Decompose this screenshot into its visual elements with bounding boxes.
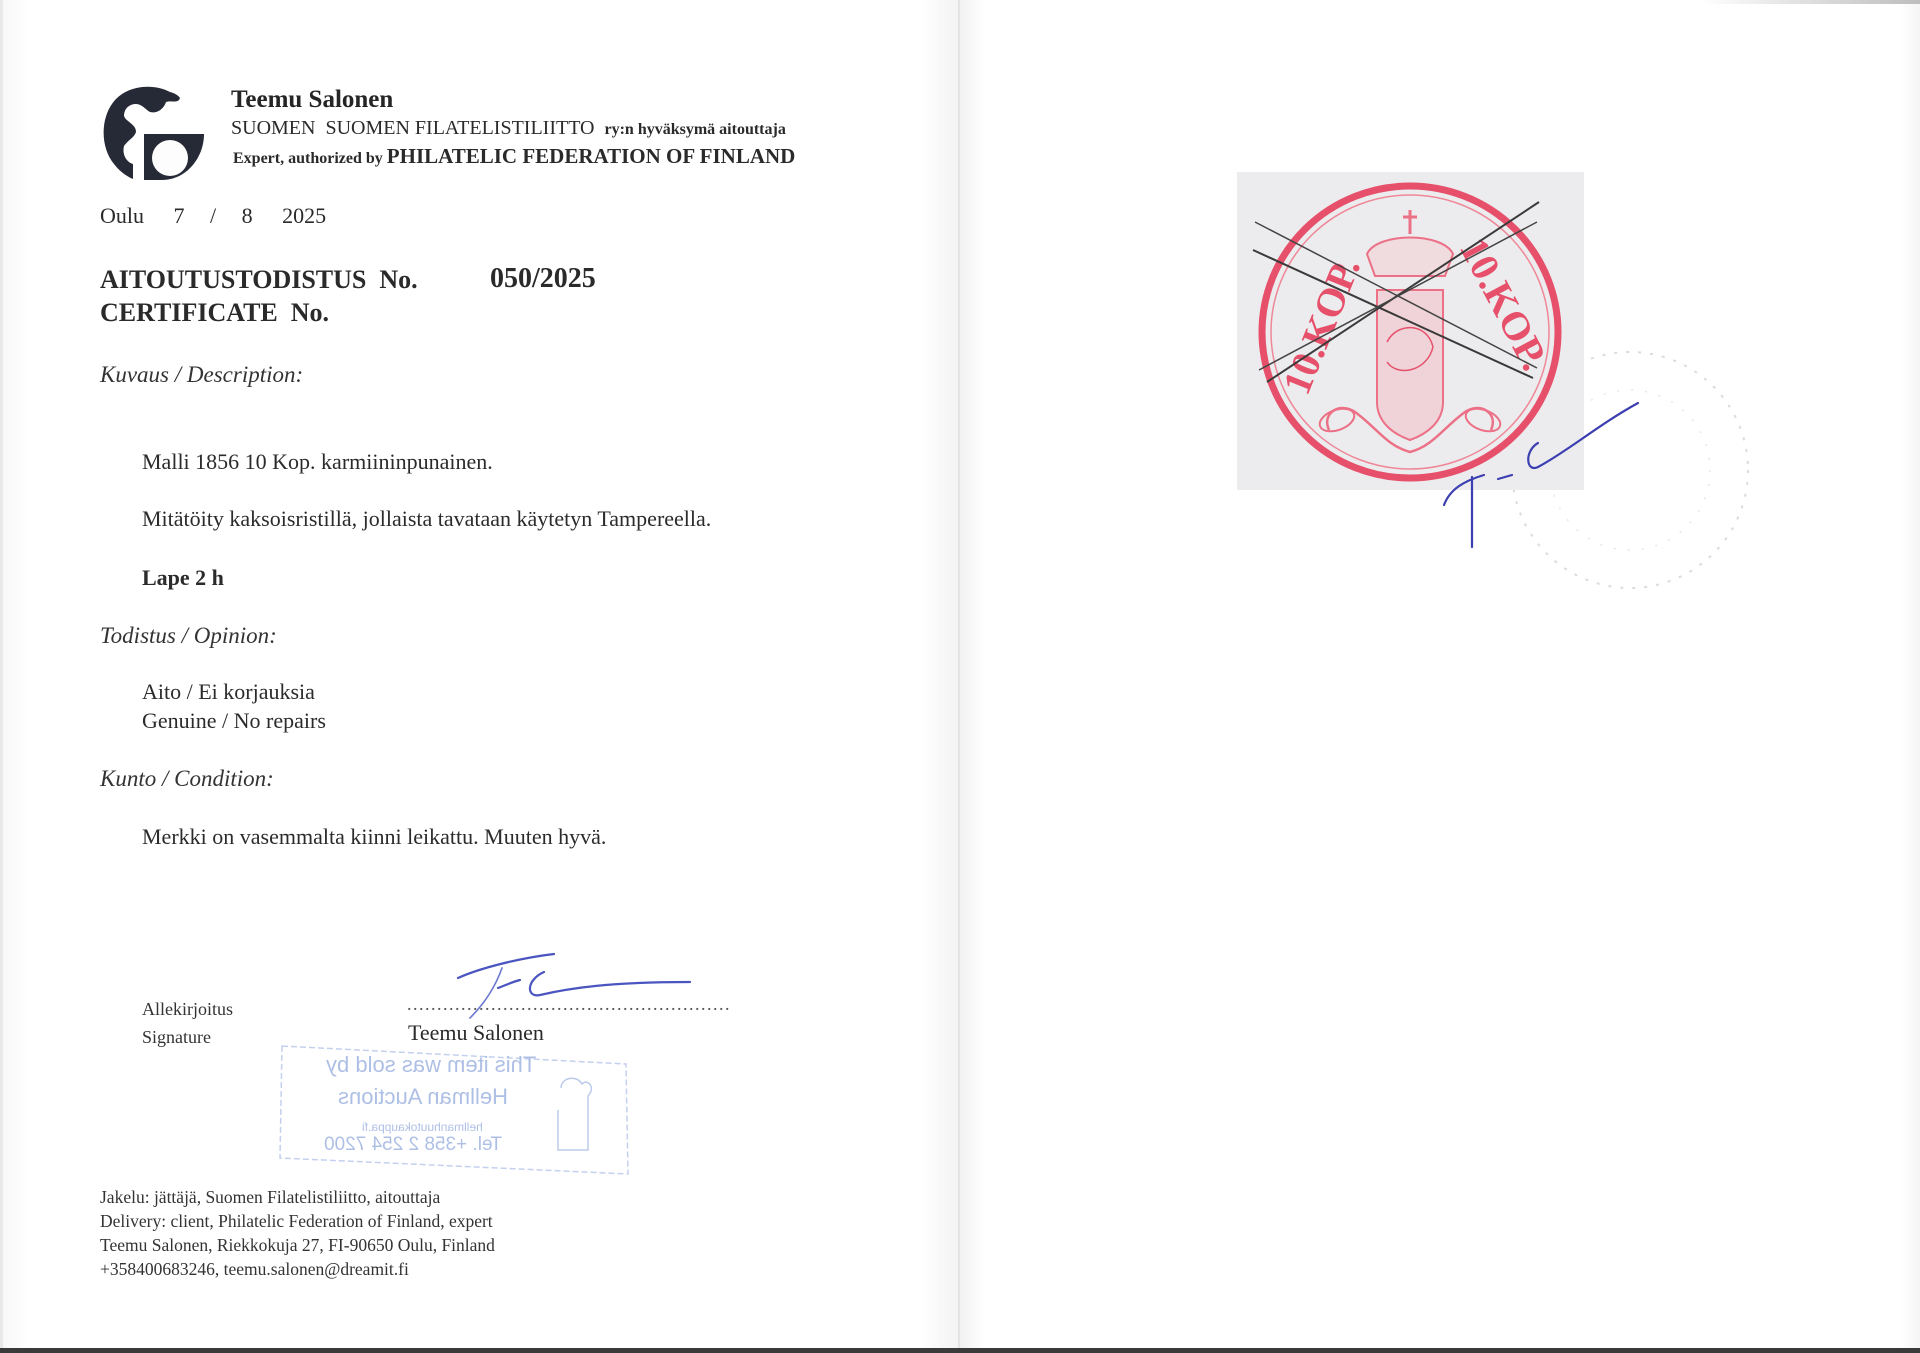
footer-line-2: Delivery: client, Philatelic Federation …	[100, 1211, 493, 1232]
philatelic-federation-logo-icon	[100, 82, 206, 182]
authorized-by-label: Expert, authorized by	[233, 150, 383, 167]
federation-name-fi: SUOMEN SUOMEN FILATELISTILIITTO	[231, 117, 595, 139]
seller-stamp-line-3: hellmanhuutokauppa.fi	[362, 1120, 483, 1134]
opinion-line-2: Genuine / No repairs	[142, 708, 326, 734]
scan-bottom-edge	[0, 1348, 1920, 1353]
signature-label-fi: Allekirjoitus	[142, 999, 233, 1020]
seller-stamp-line-2: Hellman Auctions	[338, 1084, 508, 1110]
seller-stamp: This item was sold by Hellman Auctions h…	[276, 1040, 634, 1180]
signature-label-en: Signature	[142, 1027, 211, 1048]
date-day: 7	[174, 203, 185, 228]
opinion-line-1: Aito / Ei korjauksia	[142, 679, 315, 705]
certificate-label-en: CERTIFICATE No.	[100, 298, 329, 328]
certificate-number: 050/2025	[490, 263, 596, 295]
footer-line-3: Teemu Salonen, Riekkokuja 27, FI-90650 O…	[100, 1235, 495, 1256]
description-line-1: Malli 1856 10 Kop. karmiininpunainen.	[142, 449, 493, 475]
federation-approval-fi: ry:n hyväksymä aitouttaja	[605, 121, 786, 138]
page-edge-shadow	[1700, 0, 1920, 4]
federation-name-en: PHILATELIC FEDERATION OF FINLAND	[387, 144, 796, 168]
stamp-value-right: 10.KOP.	[1451, 230, 1558, 377]
condition-line-1: Merkki on vasemmalta kiinni leikattu. Mu…	[142, 824, 606, 850]
date-separator: /	[210, 203, 216, 228]
issue-date: Oulu 7 / 8 2025	[100, 203, 326, 229]
federation-line-en: Expert, authorized byPHILATELIC FEDERATI…	[233, 144, 795, 169]
description-heading: Kuvaus / Description:	[100, 362, 303, 388]
condition-heading: Kunto / Condition:	[100, 766, 274, 792]
federation-line-fi: SUOMEN SUOMEN FILATELISTILIITTOry:n hyvä…	[231, 117, 786, 140]
certificate-label-fi: AITOUTUSTODISTUS No.	[100, 265, 418, 295]
date-year: 2025	[282, 203, 326, 228]
footer-line-1: Jakelu: jättäjä, Suomen Filatelistiliitt…	[100, 1187, 440, 1208]
date-place: Oulu	[100, 203, 144, 228]
description-line-2: Mitätöity kaksoisristillä, jollaista tav…	[142, 506, 711, 532]
opinion-heading: Todistus / Opinion:	[100, 623, 277, 649]
center-fold-divider	[958, 0, 960, 1348]
seller-stamp-line-1: This item was sold by	[326, 1052, 536, 1078]
description-line-3: Lape 2 h	[142, 565, 224, 591]
page-edge	[0, 0, 3, 1348]
expert-name: Teemu Salonen	[231, 86, 393, 114]
seller-stamp-line-4: Tel. +358 2 254 7200	[324, 1134, 502, 1156]
date-month: 8	[242, 203, 253, 228]
footer-line-4: +358400683246, teemu.salonen@dreamit.fi	[100, 1259, 409, 1280]
handwritten-signature-icon	[450, 940, 710, 1020]
stamp-expert-signature-icon	[1438, 395, 1658, 555]
